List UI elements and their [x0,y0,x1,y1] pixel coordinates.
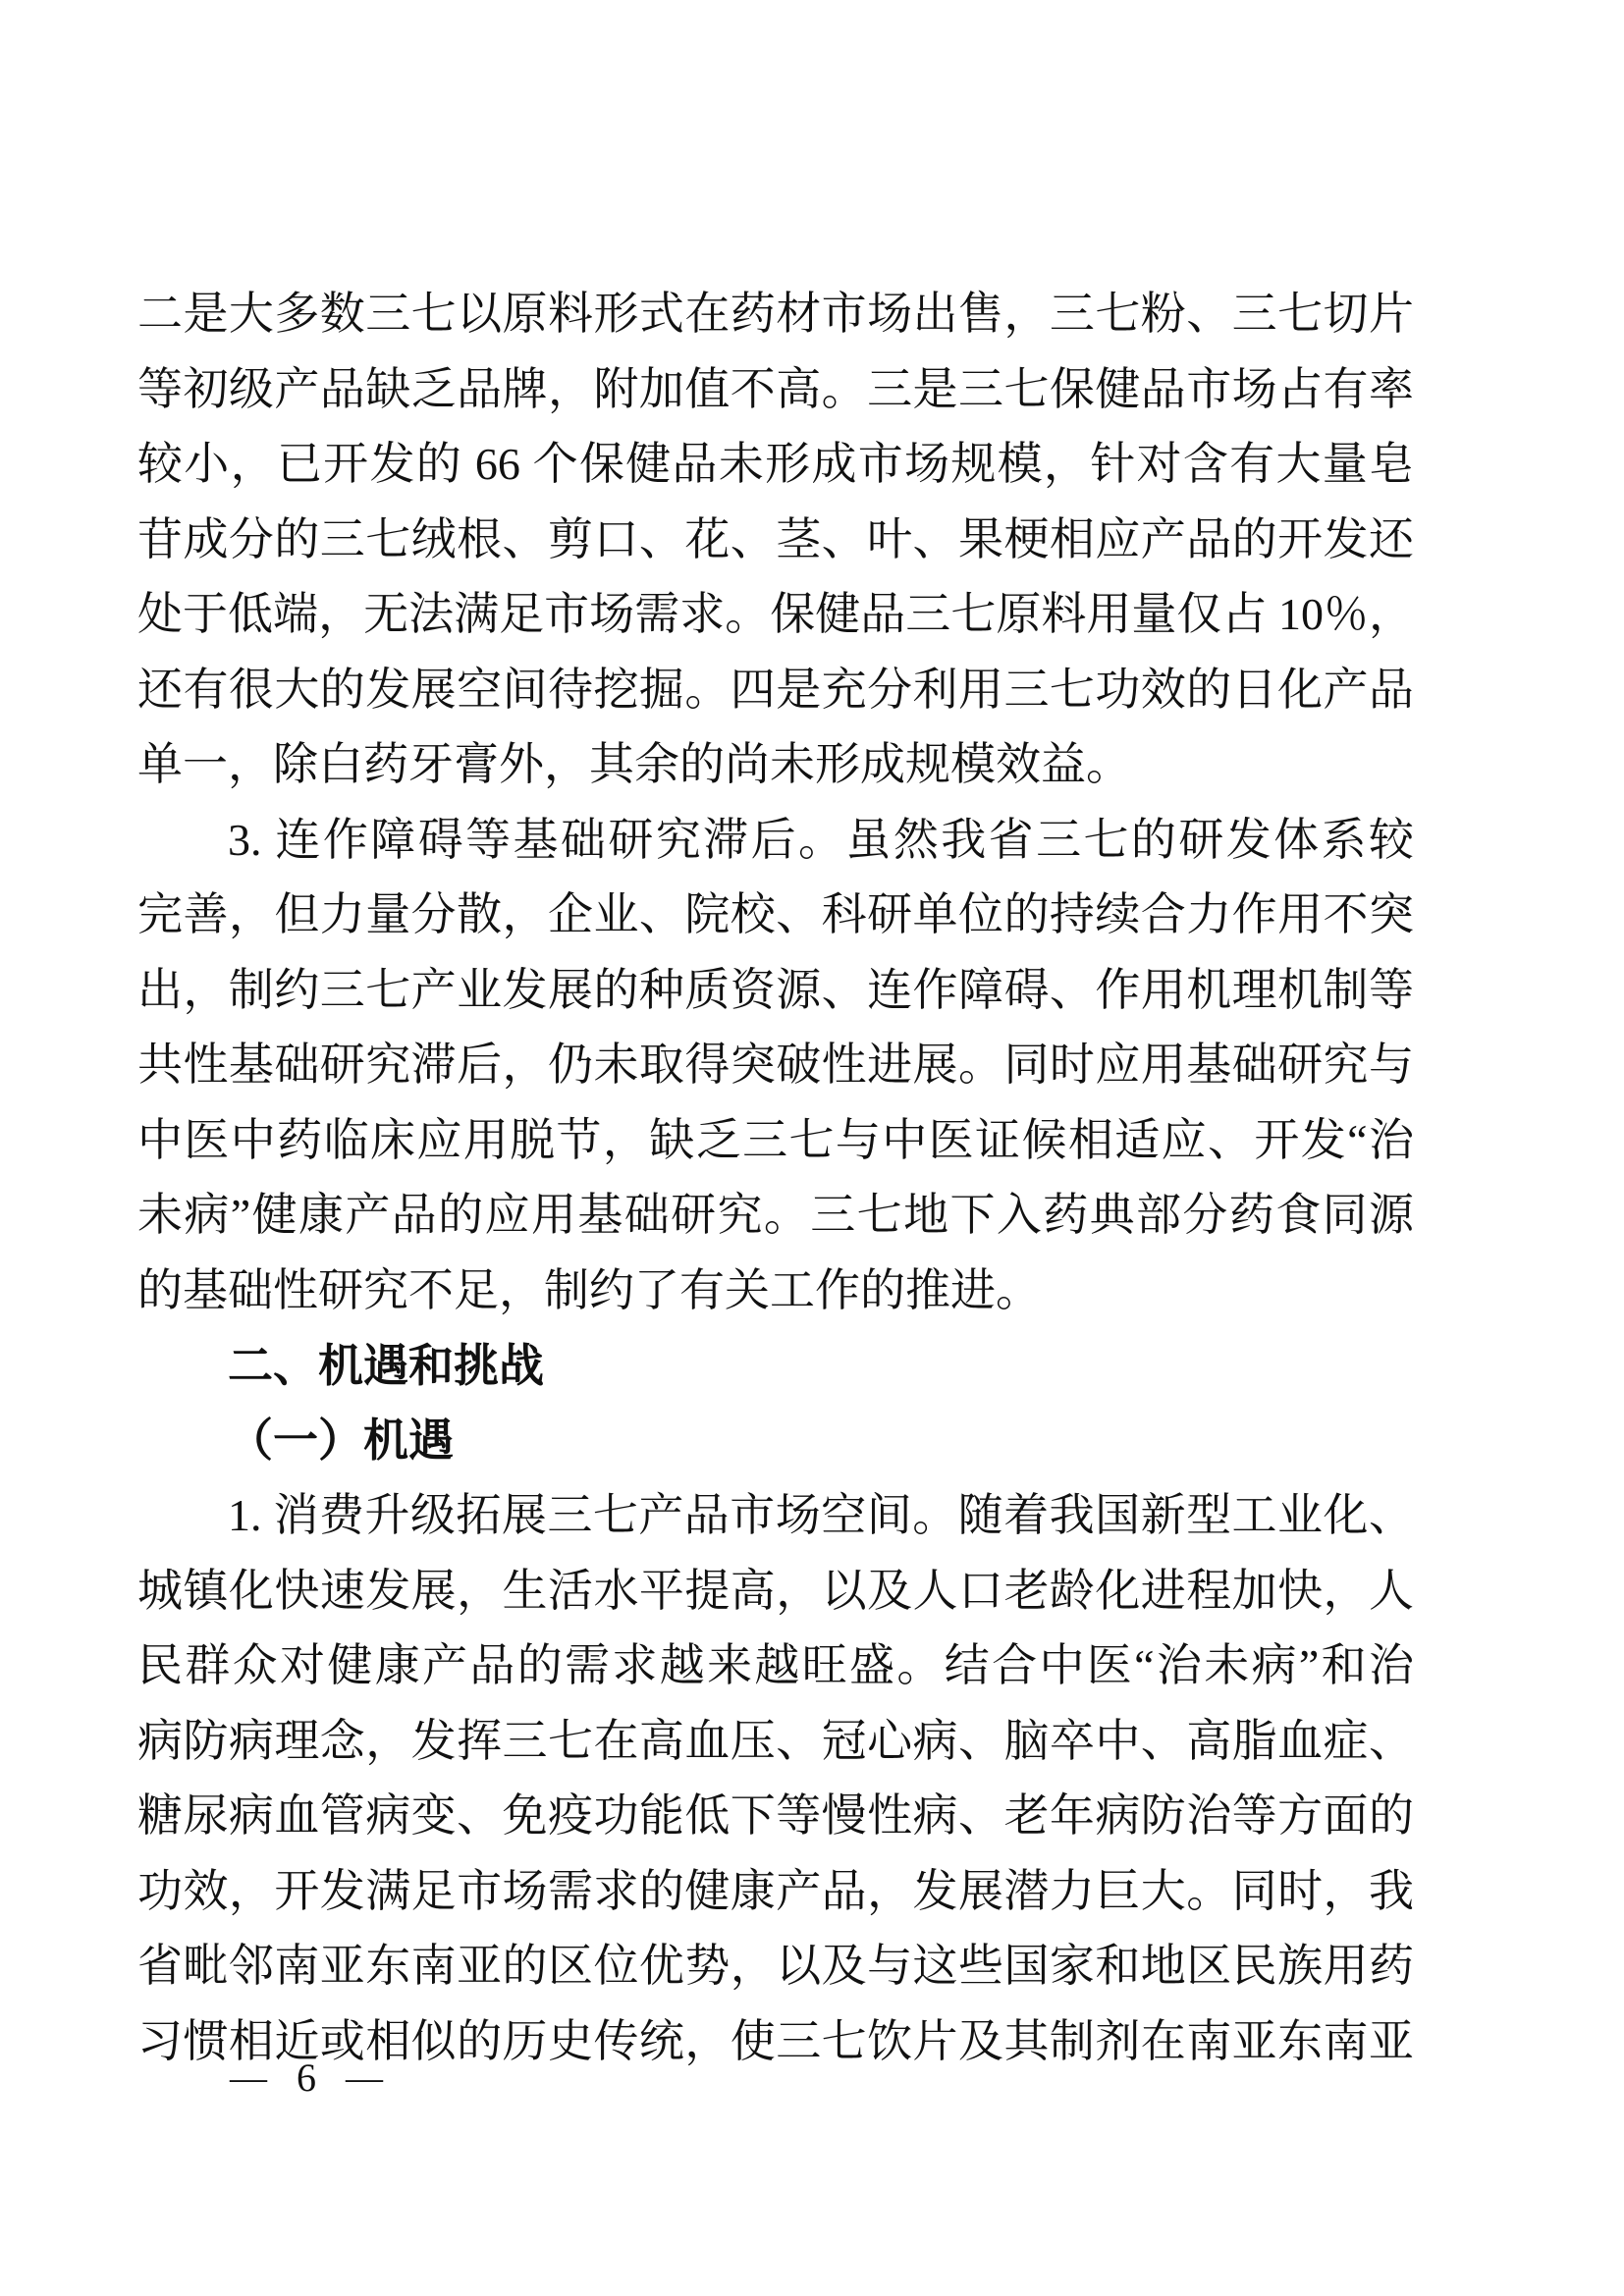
text-line: 较小，已开发的 66 个保健品未形成市场规模，针对含有大量皂 [137,427,1414,503]
text-line: 省毗邻南亚东南亚的区位优势，以及与这些国家和地区民族用药 [137,1929,1414,2004]
footer-left-dash: — [230,2057,267,2099]
text-line: 糖尿病血管病变、免疫功能低下等慢性病、老年病防治等方面的 [137,1779,1414,1854]
text-line: 1. 消费升级拓展三七产品市场空间。随着我国新型工业化、 [137,1478,1414,1554]
page-number: 6 [297,2057,316,2099]
footer-right-dash: — [346,2057,383,2099]
text-line: 二是大多数三七以原料形式在药材市场出售，三七粉、三七切片 [137,277,1414,352]
text-line: 城镇化快速发展，生活水平提高，以及人口老龄化进程加快，人 [137,1554,1414,1629]
text-line: 还有很大的发展空间待挖掘。四是充分利用三七功效的日化产品 [137,653,1414,728]
text-lines: 二是大多数三七以原料形式在药材市场出售，三七粉、三七切片等初级产品缺乏品牌，附加… [137,277,1414,2079]
text-line: 单一，除白药牙膏外，其余的尚未形成规模效益。 [137,727,1414,803]
text-line: 病防病理念，发挥三七在高血压、冠心病、脑卒中、高脂血症、 [137,1704,1414,1780]
section-heading: 二、机遇和挑战 [137,1328,1414,1404]
text-line: 苷成分的三七绒根、剪口、花、茎、叶、果梗相应产品的开发还 [137,503,1414,578]
text-line: 共性基础研究滞后，仍未取得突破性进展。同时应用基础研究与 [137,1028,1414,1103]
text-line: 功效，开发满足市场需求的健康产品，发展潜力巨大。同时，我 [137,1854,1414,1930]
document-page: 二是大多数三七以原料形式在药材市场出售，三七粉、三七切片等初级产品缺乏品牌，附加… [0,0,1624,2296]
text-line: 3. 连作障碍等基础研究滞后。虽然我省三七的研发体系较 [137,803,1414,879]
text-line: 等初级产品缺乏品牌，附加值不高。三是三七保健品市场占有率 [137,352,1414,428]
text-line: 未病”健康产品的应用基础研究。三七地下入药典部分药食同源 [137,1178,1414,1254]
text-line: 处于低端，无法满足市场需求。保健品三七原料用量仅占 10％， [137,577,1414,653]
text-line: 民群众对健康产品的需求越来越旺盛。结合中医“治未病”和治 [137,1629,1414,1704]
page-footer: — 6 — [230,2057,383,2099]
text-line: 中医中药临床应用脱节，缺乏三七与中医证候相适应、开发“治 [137,1103,1414,1179]
text-line: 出，制约三七产业发展的种质资源、连作障碍、作用机理机制等 [137,953,1414,1029]
text-line: 的基础性研究不足，制约了有关工作的推进。 [137,1254,1414,1329]
text-line: 完善，但力量分散，企业、院校、科研单位的持续合力作用不突 [137,878,1414,953]
subsection-heading: （一）机遇 [137,1404,1414,1479]
